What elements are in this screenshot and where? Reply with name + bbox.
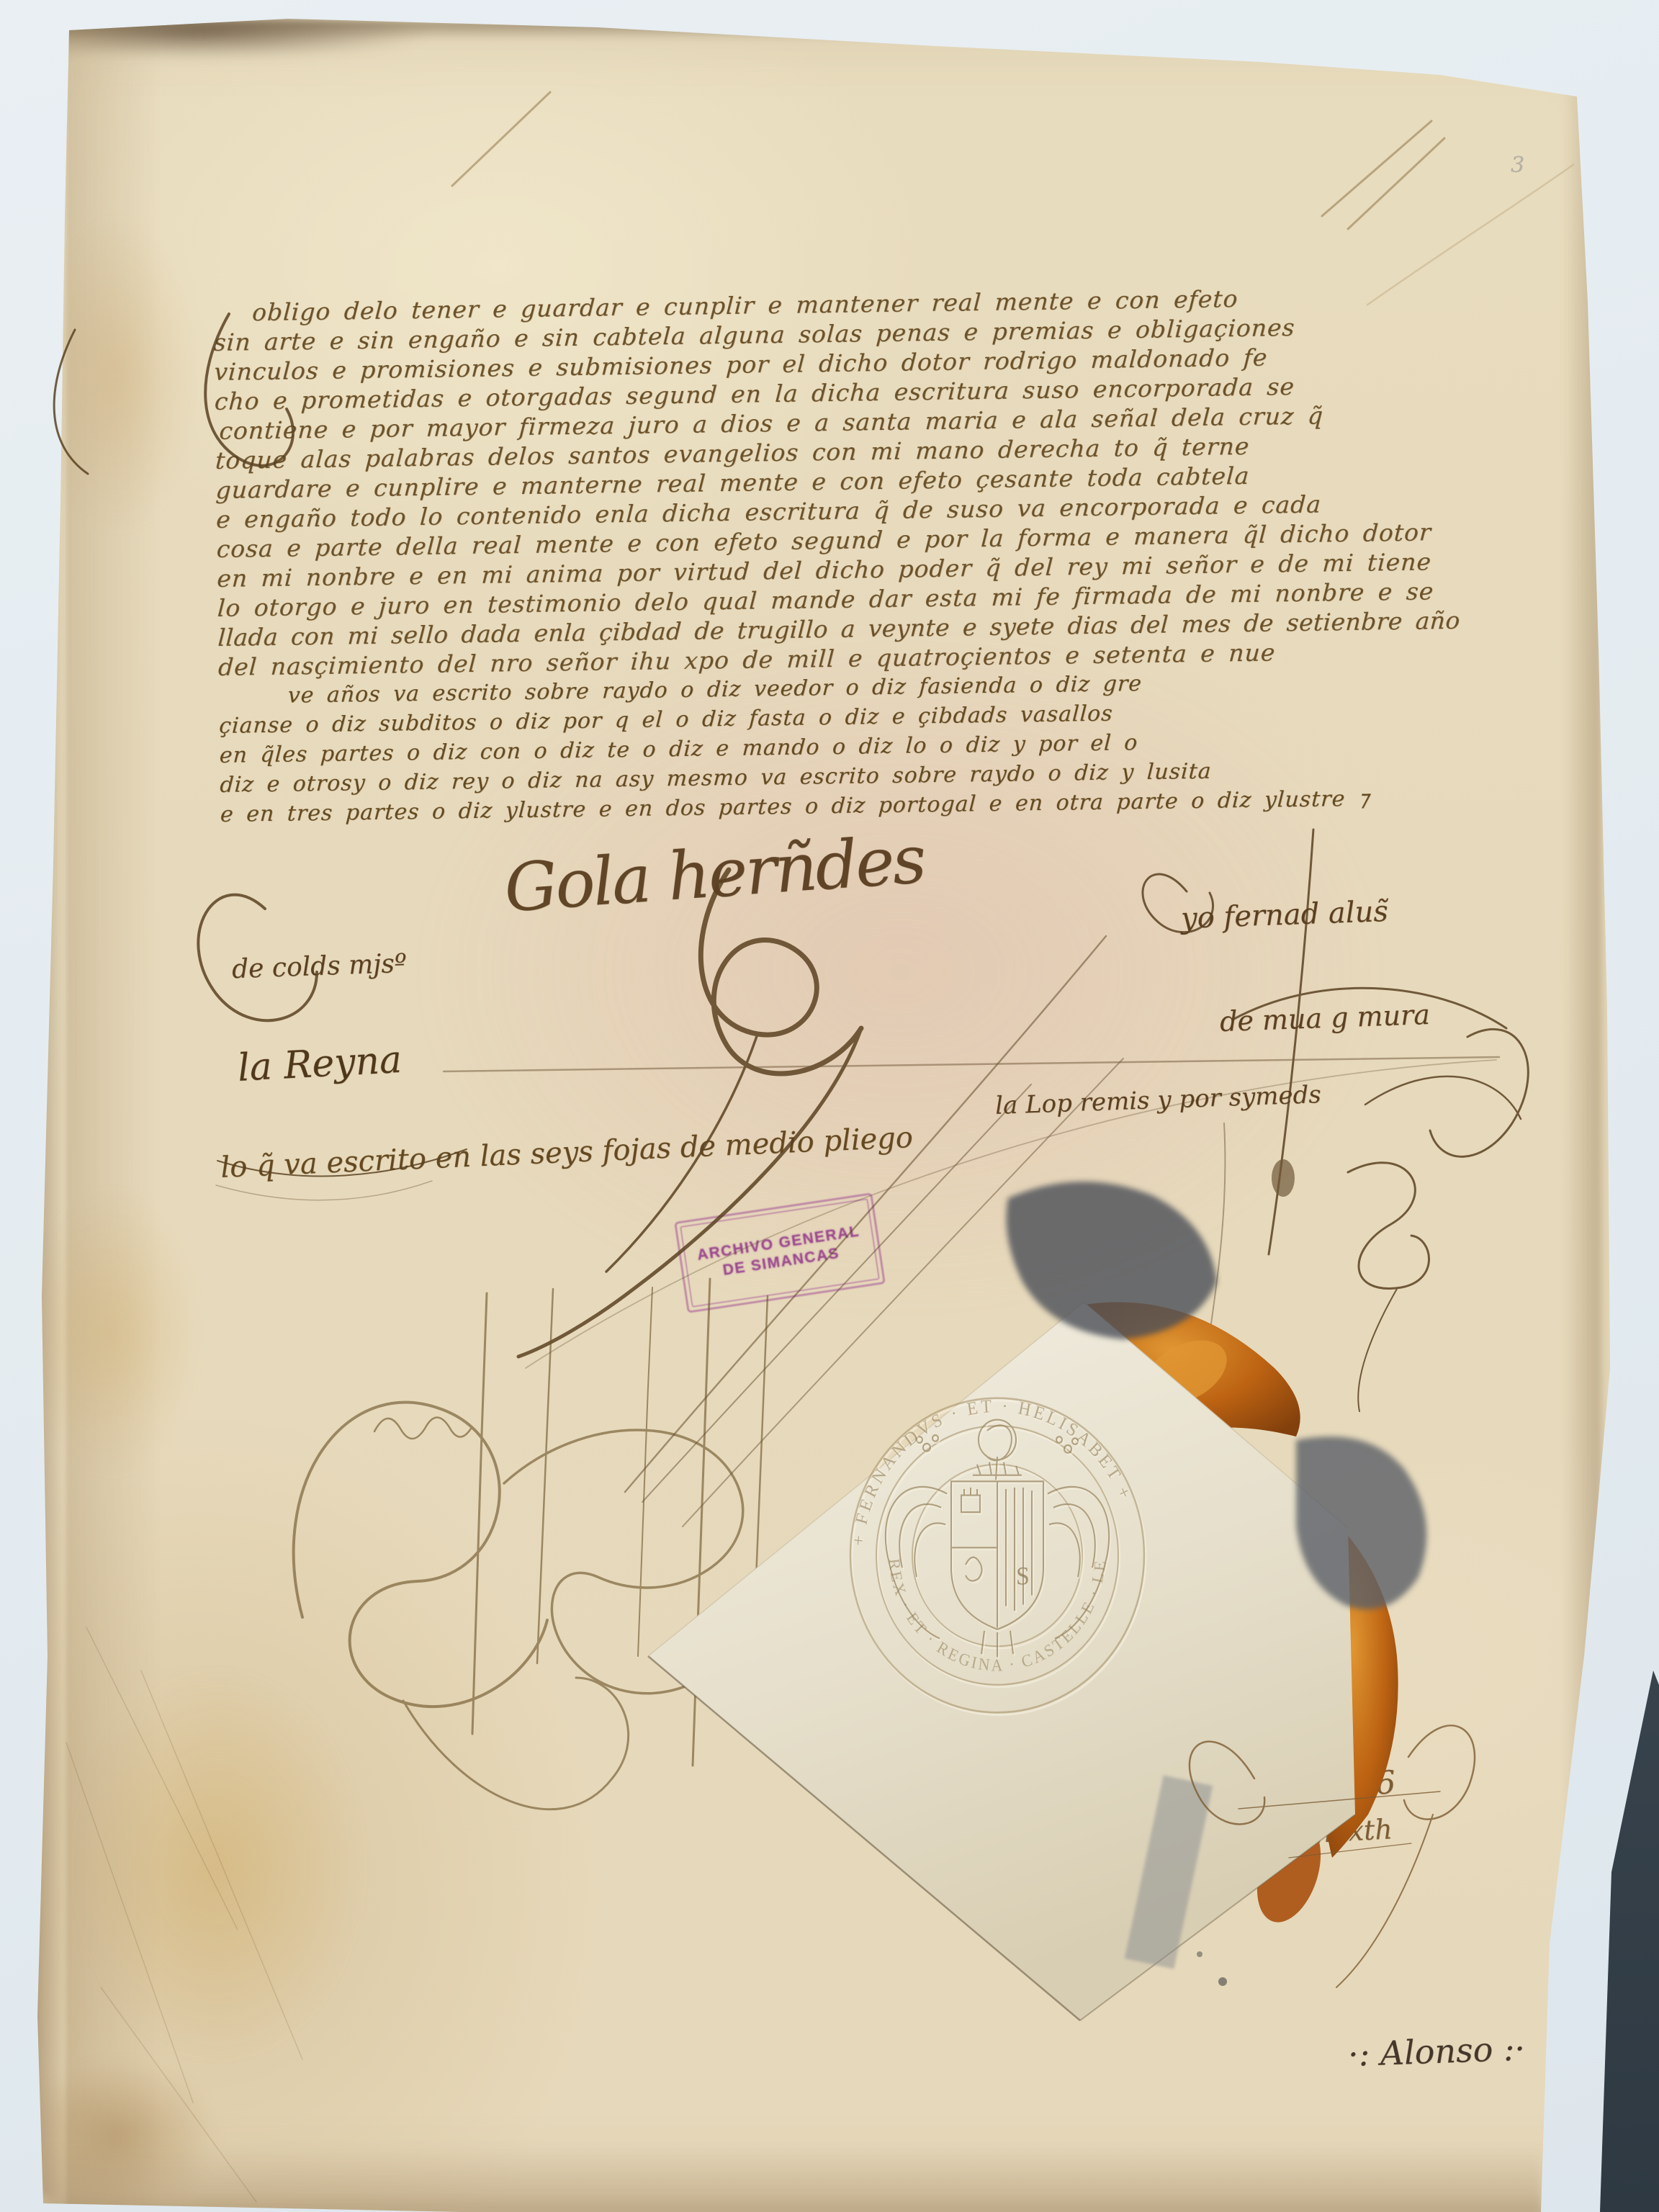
top-edge-stain — [43, 13, 562, 78]
folio-number: 3 — [1511, 153, 1524, 178]
bottom-right-name-note: ·: Alonso :· — [1347, 2029, 1526, 2074]
archive-rubber-stamp: ARCHIVO GENERAL DE SIMANCAS — [674, 1192, 886, 1313]
archival-date-note-2: Smexth — [1287, 1813, 1393, 1851]
signature-secretary: yo fernad alus̃ — [1180, 895, 1388, 935]
signature-left-row1: de colds mjsº — [231, 949, 407, 984]
water-stain-2 — [26, 1188, 199, 1476]
corner-stain-bottom-left — [17, 2059, 219, 2212]
archival-date-note: di 1596 — [1273, 1764, 1396, 1809]
stamp-inner-border: ARCHIVO GENERAL DE SIMANCAS — [680, 1198, 880, 1308]
document-photo: obligo delo tener e guardar e cunplir e … — [0, 0, 1659, 2212]
binding-shade — [66, 0, 160, 2212]
left-edge-stain — [27, 22, 65, 2196]
signature-la-reyna: la Reyna — [237, 1038, 403, 1090]
top-edge-line — [65, 22, 1563, 40]
right-edge-shade — [1564, 86, 1601, 2203]
water-stain-1 — [75, 1671, 363, 2059]
signature-central-flourish: Gola herñdes — [502, 821, 927, 927]
signature-right-row2: de mua g mura — [1219, 999, 1430, 1038]
bottom-edge-shade — [43, 2146, 1541, 2212]
signature-right-row3: la Lop remis y por symeds — [994, 1080, 1321, 1120]
water-stain-3 — [39, 216, 197, 533]
collation-note: lo q̃ va escrito en las seys fojas de me… — [220, 1121, 913, 1184]
parchment-sheet: obligo delo tener e guardar e cunplir e … — [0, 0, 1659, 2212]
manuscript-text-block: obligo delo tener e guardar e cunplir e … — [213, 280, 1502, 829]
